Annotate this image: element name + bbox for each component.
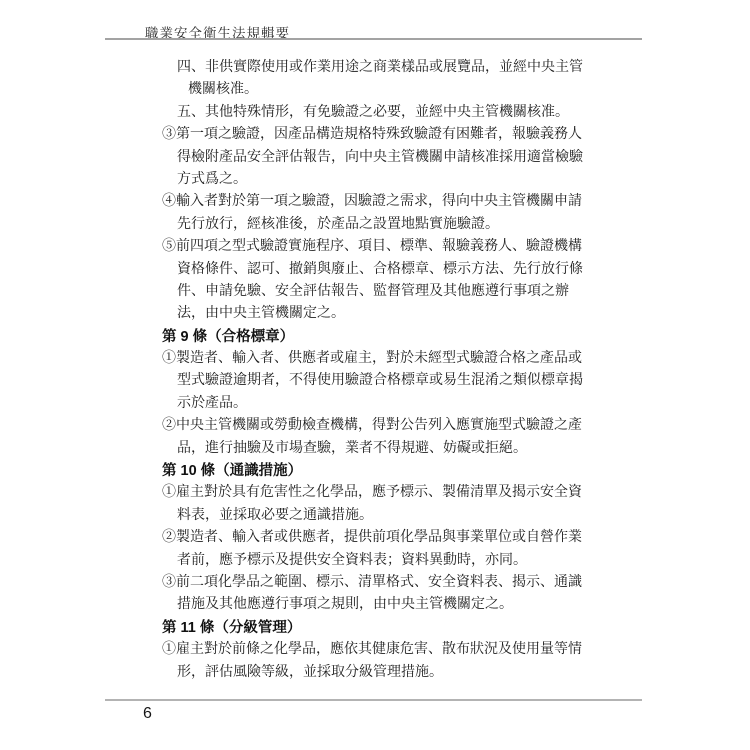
article-10-para-1-cont: 料表，並採取必要之通識措施。 (177, 505, 590, 527)
article-9-para-1-cont: 型式驗證逾期者，不得使用驗證合格標章或易生混淆之類似標章揭 (177, 370, 590, 392)
article-10-para-1-line: ①雇主對於具有危害性之化學品，應予標示、製備清單及揭示安全資 (162, 482, 590, 504)
article-10-para-3-cont: 措施及其他應遵行事項之規則，由中央主管機關定之。 (177, 594, 590, 616)
paragraph-5-line: ⑤前四項之型式驗證實施程序、項目、標準、報驗義務人、驗證機構 (162, 236, 590, 258)
paragraph-4-cont: 先行放行，經核准後，於產品之設置地點實施驗證。 (177, 214, 590, 236)
article-9-heading: 第 9 條（合格標章） (162, 326, 590, 348)
paragraph-4-line: ④輸入者對於第一項之驗證，因驗證之需求，得向中央主管機關申請 (162, 191, 590, 213)
paragraph-5-cont: 件、申請免驗、安全評估報告、監督管理及其他應遵行事項之辦 (177, 281, 590, 303)
footer-rule (105, 699, 642, 701)
list-item-4-line: 四、非供實際使用或作業用途之商業樣品或展覽品，並經中央主管 (177, 57, 590, 79)
paragraph-3-cont: 方式爲之。 (177, 169, 590, 191)
header-rule (105, 38, 642, 40)
paragraph-3-cont: 得檢附產品安全評估報告，向中央主管機關申請核准採用適當檢驗 (177, 147, 590, 169)
article-11-heading: 第 11 條（分級管理） (162, 617, 590, 639)
article-10-para-3-line: ③前二項化學品之範圍、標示、清單格式、安全資料表、揭示、通識 (162, 572, 590, 594)
article-11-para-1-cont: 形，評估風險等級，並採取分級管理措施。 (177, 662, 590, 684)
article-11-para-1-line: ①雇主對於前條之化學品，應依其健康危害、散布狀況及使用量等情 (162, 639, 590, 661)
article-10-heading: 第 10 條（通識措施） (162, 460, 590, 482)
article-10-para-2-cont: 者前，應予標示及提供安全資料表；資料異動時，亦同。 (177, 550, 590, 572)
law-text-block: 四、非供實際使用或作業用途之商業樣品或展覽品，並經中央主管 機關核准。 五、其他… (162, 57, 590, 684)
article-9-para-2-cont: 品，進行抽驗及市場查驗，業者不得規避、妨礙或拒絕。 (177, 438, 590, 460)
article-9-para-1-cont: 示於產品。 (177, 393, 590, 415)
paragraph-5-cont: 法，由中央主管機關定之。 (177, 303, 590, 325)
list-item-5-line: 五、其他特殊情形，有免驗證之必要，並經中央主管機關核准。 (177, 102, 590, 124)
page-number: 6 (143, 705, 152, 723)
article-9-para-2-line: ②中央主管機關或勞動檢查機構，得對公告列入應實施型式驗證之產 (162, 415, 590, 437)
book-page: 職業安全衛生法規輯要 四、非供實際使用或作業用途之商業樣品或展覽品，並經中央主管… (0, 0, 750, 750)
article-9-para-1-line: ①製造者、輸入者、供應者或雇主，對於未經型式驗證合格之產品或 (162, 348, 590, 370)
paragraph-5-cont: 資格條件、認可、撤銷與廢止、合格標章、標示方法、先行放行條 (177, 259, 590, 281)
paragraph-3-line: ③第一項之驗證，因產品構造規格特殊致驗證有困難者，報驗義務人 (162, 124, 590, 146)
list-item-4-cont: 機關核准。 (188, 79, 590, 101)
article-10-para-2-line: ②製造者、輸入者或供應者，提供前項化學品與事業單位或自營作業 (162, 527, 590, 549)
